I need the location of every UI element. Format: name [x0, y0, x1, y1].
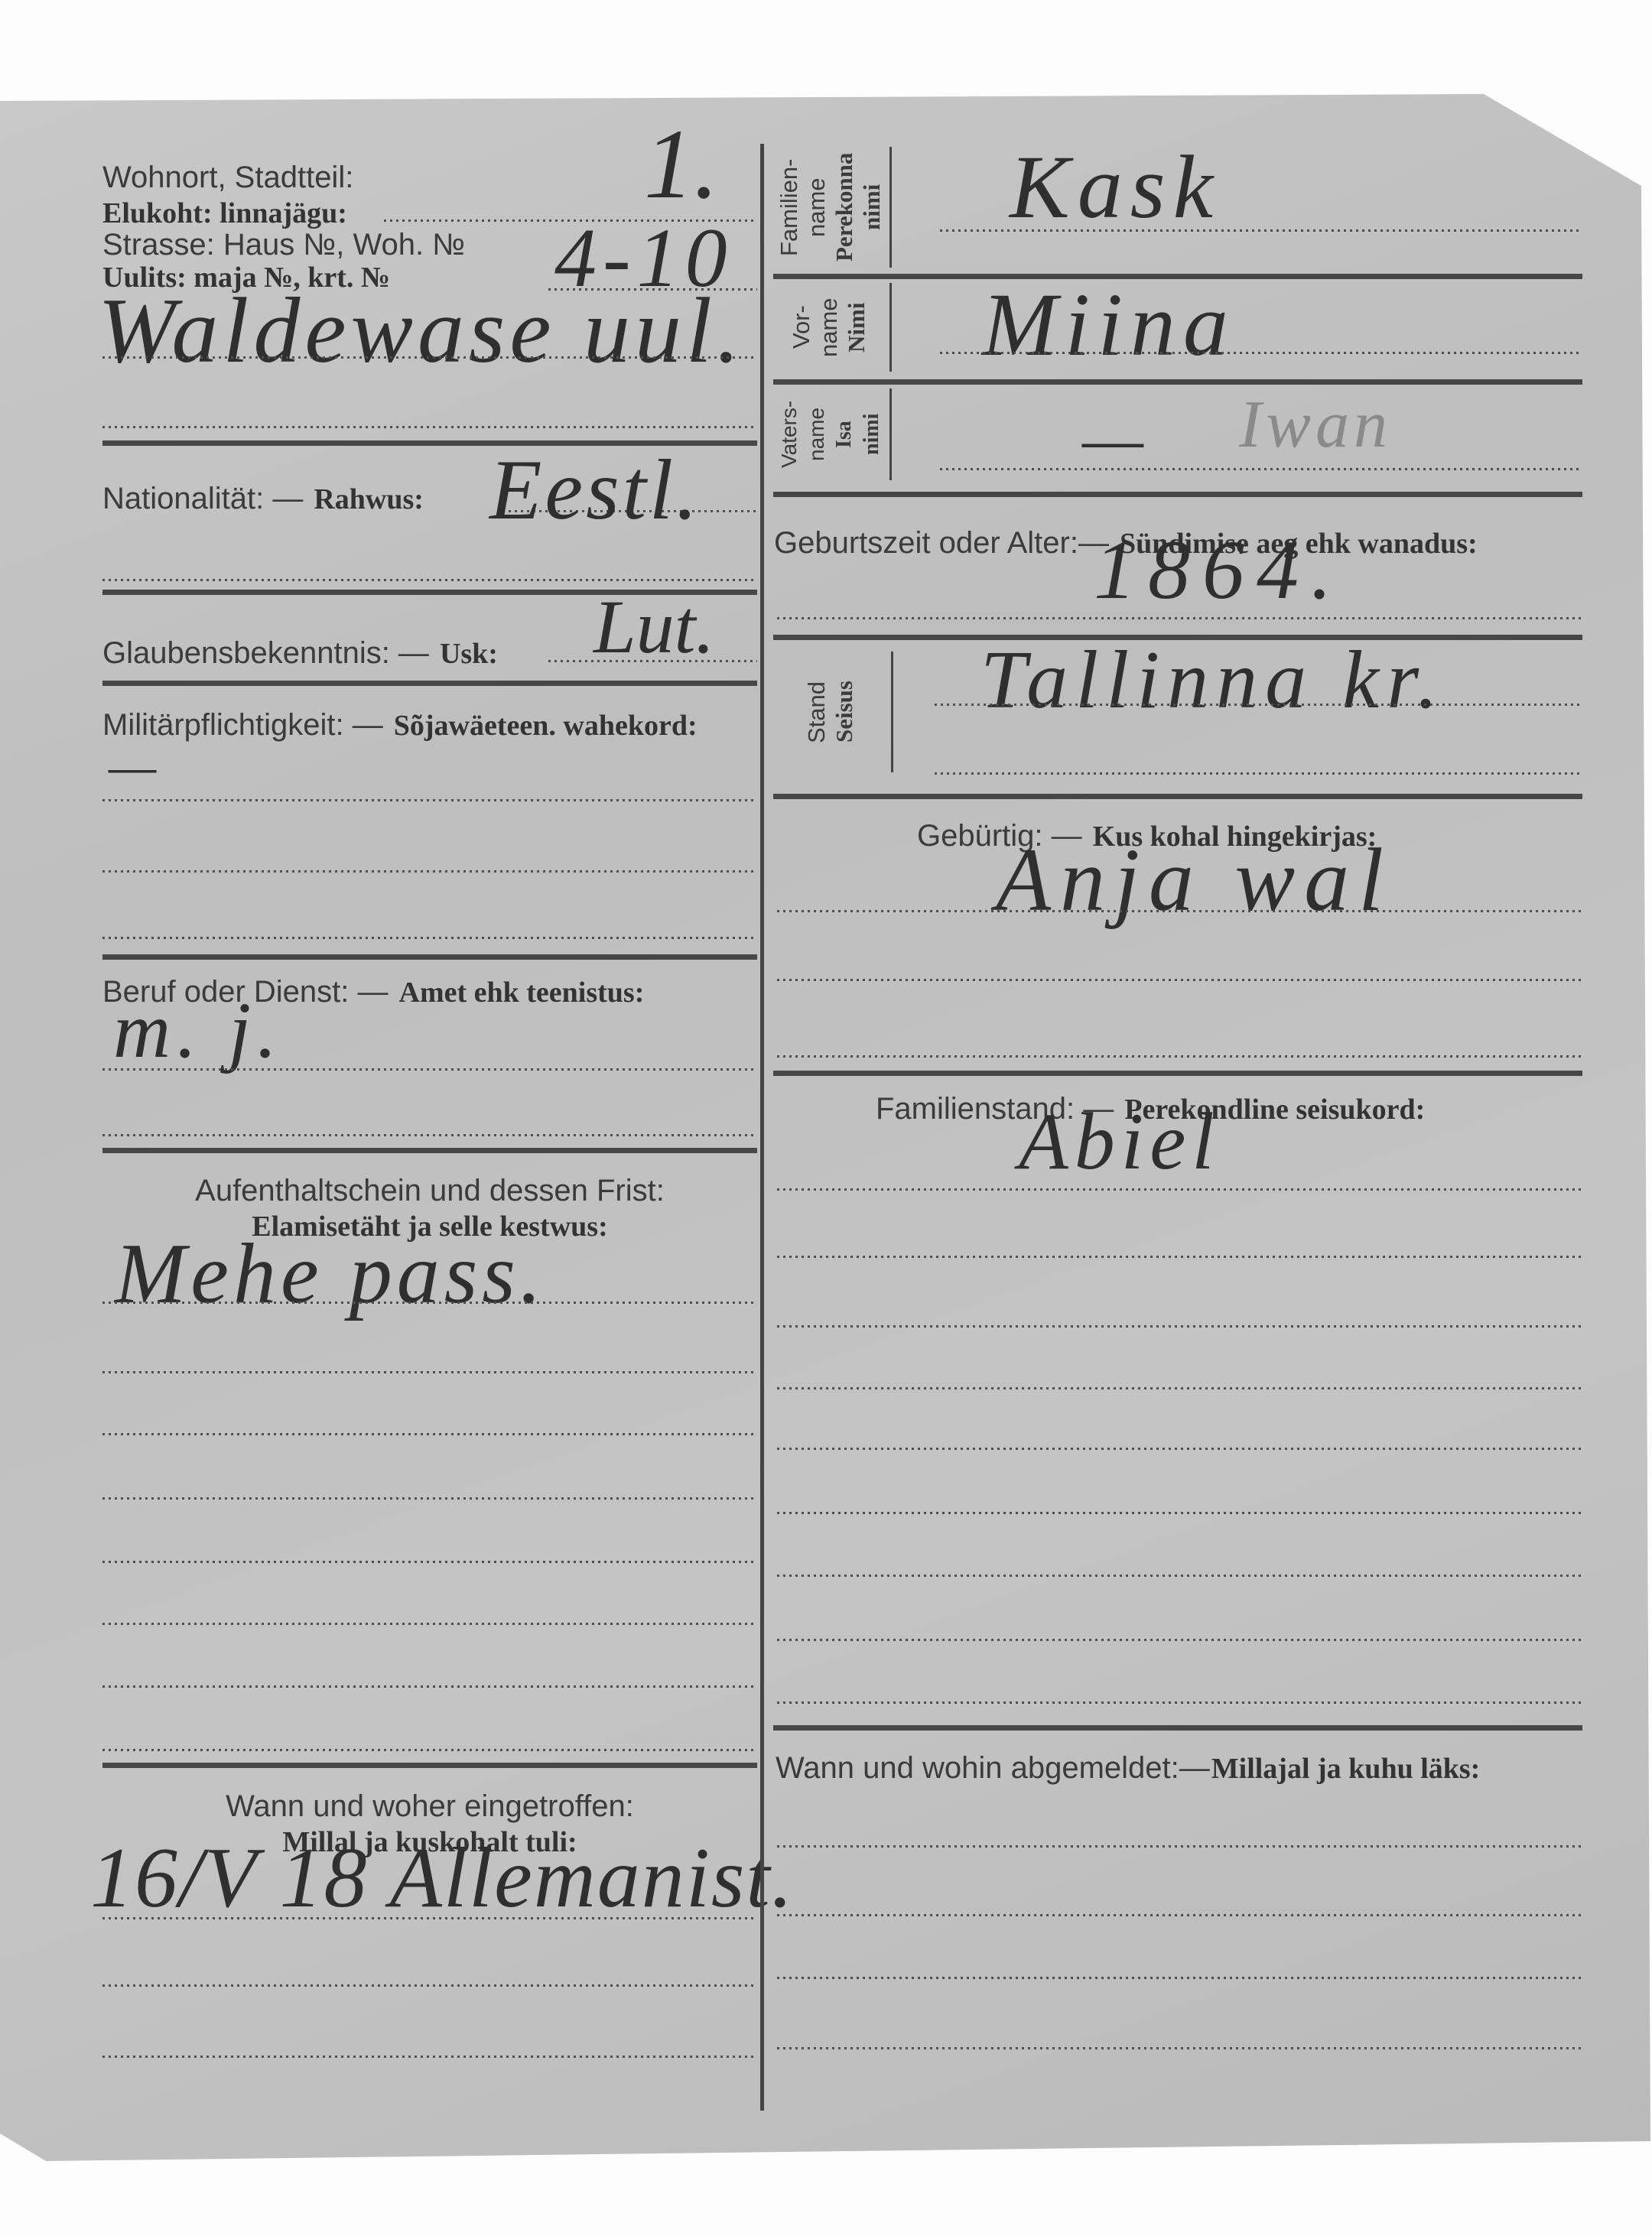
dotted-line [777, 979, 1583, 981]
label-de: name [815, 283, 843, 372]
dotted-line [102, 2056, 757, 2058]
dotted-line [102, 1497, 757, 1500]
label-de: Familien- [776, 147, 803, 268]
handwritten-residence-permit: Mehe pass. [115, 1231, 546, 1317]
label-elukoht: Elukoht: linnajägu: [102, 197, 347, 228]
dotted-line [102, 579, 757, 581]
label-divider [889, 388, 892, 480]
dotted-line [777, 1575, 1583, 1577]
label-military: Militärpflichtigkeit: —Sõjawäeteen. wahe… [102, 710, 698, 740]
dotted-line [102, 1134, 757, 1136]
section-rule [102, 681, 757, 686]
dotted-line [102, 426, 757, 428]
dotted-line [935, 772, 1583, 775]
dotted-line [777, 1256, 1583, 1258]
dotted-line [102, 1984, 757, 1987]
pencil-note-fathers-name: Iwan [1239, 392, 1392, 459]
dotted-line [102, 937, 757, 939]
dotted-line [935, 704, 1583, 706]
label-de: Wann und wohin abgemeldet:— [776, 1751, 1210, 1785]
dotted-line [102, 1623, 757, 1625]
handwritten-military: — [109, 740, 156, 794]
handwritten-marital-status: Abiel [1019, 1101, 1221, 1182]
handwritten-district: 1. [644, 115, 719, 214]
label-wohnort: Wohnort, Stadtteil: [102, 162, 353, 193]
dotted-line [102, 1433, 757, 1435]
dotted-line [102, 1302, 757, 1304]
label-estate: Stand Seisus [803, 652, 858, 772]
label-de: Geburtszeit oder Alter:— [774, 526, 1109, 560]
label-et: Sõjawäeteen. wahekord: [394, 710, 698, 742]
dotted-line [102, 870, 757, 873]
dotted-line [940, 468, 1582, 470]
dotted-line [777, 1448, 1583, 1450]
section-rule [773, 794, 1582, 799]
section-rule [102, 954, 757, 960]
scanned-page: Wohnort, Stadtteil: Elukoht: linnajägu: … [0, 0, 1652, 2236]
label-de: Nationalität: — [102, 482, 303, 515]
handwritten-street: Waldewase uul. [98, 284, 744, 378]
handwritten-estate: Tallinna kr. [980, 639, 1445, 722]
section-rule [773, 1725, 1582, 1731]
label-et: Amet ehk teenistus: [399, 977, 645, 1009]
label-et: Perekonna [831, 147, 858, 268]
dotted-line [777, 1055, 1583, 1058]
column-divider [760, 144, 764, 2111]
dotted-line [777, 1845, 1583, 1848]
dotted-line [777, 1325, 1583, 1328]
dotted-line [102, 356, 757, 359]
dotted-line [777, 1387, 1583, 1389]
label-divider [891, 652, 893, 772]
handwritten-arrival: 16/V 18 Allemanist. [90, 1835, 795, 1921]
dotted-line [777, 617, 1583, 619]
label-fathers-name: Vaters- name Isa nimi [776, 388, 886, 480]
section-rule [773, 492, 1582, 497]
dotted-line [777, 1512, 1583, 1514]
section-rule [773, 1071, 1582, 1076]
handwritten-birth-year: 1864. [1094, 528, 1345, 612]
label-et: Seisus [831, 652, 858, 772]
label-de: Wohnort, Stadtteil: [102, 161, 353, 194]
label-et: Rahwus: [314, 483, 424, 515]
dotted-line [777, 1188, 1583, 1191]
dotted-line [102, 799, 757, 801]
handwritten-fathers-name: — [1082, 405, 1143, 474]
dotted-line [777, 2047, 1583, 2049]
handwritten-nationality: Eestl. [489, 447, 701, 533]
dotted-line [777, 1701, 1583, 1704]
section-rule [102, 1763, 757, 1768]
dotted-line [102, 1917, 757, 1919]
label-et: Nimi [843, 283, 870, 372]
label-et: Millajal ja kuhu läks: [1211, 1753, 1481, 1785]
label-divider [889, 147, 892, 268]
dotted-line [777, 1914, 1583, 1916]
label-de: Strasse: Haus №, Woh. № [102, 228, 465, 262]
dotted-line [940, 229, 1582, 232]
handwritten-surname: Kask [1010, 142, 1221, 232]
label-de: Vaters- [776, 388, 803, 480]
dotted-line [777, 1639, 1583, 1641]
dotted-line [940, 352, 1582, 354]
section-rule [102, 1148, 757, 1153]
section-rule [773, 379, 1582, 385]
label-de: Glaubensbekenntnis: — [102, 636, 429, 670]
handwritten-given-name: Miina [982, 280, 1236, 370]
label-et: Isa [831, 388, 858, 480]
label-nationality: Nationalität: —Rahwus: [102, 483, 424, 514]
label-de: Vor- [788, 283, 815, 372]
label-religion: Glaubensbekenntnis: —Usk: [102, 638, 498, 668]
handwritten-occupation: m. j. [113, 991, 283, 1071]
label-arrival-de: Wann und woher eingetroffen: [102, 1791, 757, 1822]
label-de: name [803, 147, 831, 268]
label-surname: Familien- name Perekonna nimi [776, 147, 886, 268]
label-given-name: Vor- name Nimi [788, 283, 870, 372]
label-et: Elukoht: linnajägu: [102, 197, 347, 229]
label-et: Usk: [440, 638, 498, 670]
label-et: nimi [858, 147, 886, 268]
label-strasse: Strasse: Haus №, Woh. № [102, 229, 465, 260]
dotted-line [102, 1561, 757, 1563]
dotted-line [102, 1685, 757, 1688]
label-departure: Wann und wohin abgemeldet:—Millajal ja k… [776, 1753, 1480, 1783]
dotted-line [102, 1068, 757, 1071]
label-de: Stand [803, 652, 831, 772]
label-de: name [803, 388, 831, 480]
label-residence-permit-de: Aufenthaltschein und dessen Frist: [102, 1175, 757, 1206]
handwritten-religion: Lut. [593, 589, 714, 665]
dotted-line [777, 1977, 1583, 1979]
dotted-line [777, 910, 1583, 912]
dotted-line [102, 1371, 757, 1373]
label-divider [889, 283, 892, 372]
label-et: nimi [858, 388, 886, 480]
dotted-line [102, 1749, 757, 1751]
